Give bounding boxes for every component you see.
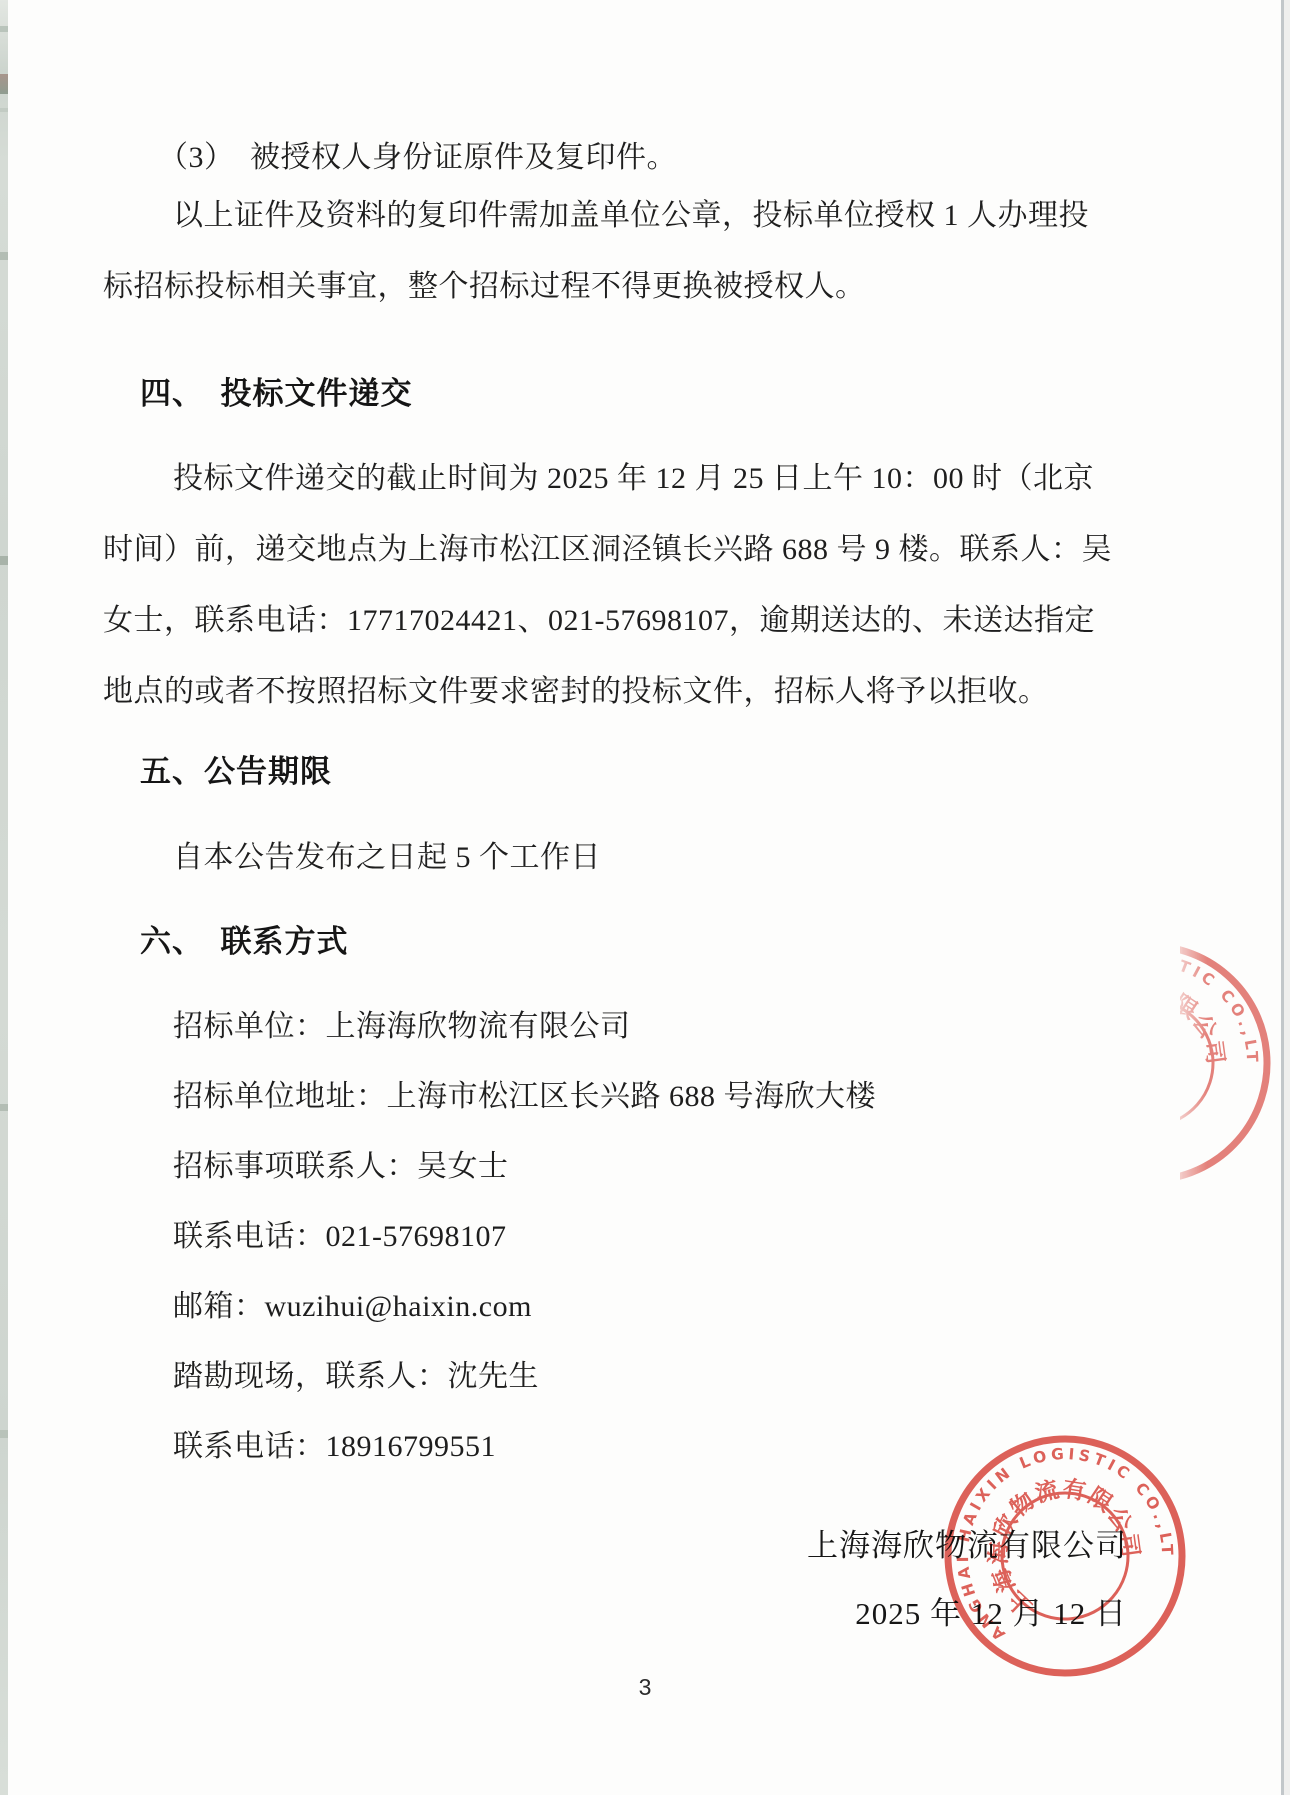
paragraph-line: 投标文件递交的截止时间为 2025 年 12 月 25 日上午 10：00 时（… <box>173 443 1163 514</box>
section-6-heading: 六、 联系方式 <box>140 922 349 962</box>
contact-tender-unit: 招标单位：上海海欣物流有限公司 <box>173 992 876 1062</box>
paragraph-authorization: 以上证件及资料的复印件需加盖单位公章，投标单位授权 1 人办理投 标招标投标相关… <box>103 180 1163 322</box>
paragraph-line: 女士，联系电话：17717024421、021-57698107，逾期送达的、未… <box>103 585 1163 656</box>
contact-site-visit-person: 踏勘现场，联系人：沈先生 <box>173 1342 876 1412</box>
paragraph-line: 以上证件及资料的复印件需加盖单位公章，投标单位授权 1 人办理投 <box>173 180 1163 251</box>
scan-artifact <box>0 26 8 32</box>
scan-artifact <box>0 74 8 94</box>
contact-tender-person: 招标事项联系人：吴女士 <box>173 1132 876 1202</box>
seal-outer-ring <box>1020 933 1280 1193</box>
announcement-period-line: 自本公告发布之日起 5 个工作日 <box>173 840 601 876</box>
section-5-heading: 五、公告期限 <box>140 752 332 792</box>
seal-graphic: SHANGHAI HAIXIN LOGISTIC CO.,LTD. 上海海欣物流… <box>1020 933 1280 1193</box>
paragraph-line: 地点的或者不按照招标文件要求密封的投标文件，招标人将予以拒收。 <box>103 656 1163 727</box>
scan-artifact <box>0 1430 8 1438</box>
company-seal-stamp: SHANGHAI HAIXIN LOGISTIC CO.,LTD. 上海海欣物流… <box>935 1426 1195 1686</box>
seal-outer-ring <box>935 1426 1195 1686</box>
scan-artifact <box>0 556 8 565</box>
contact-list: 招标单位：上海海欣物流有限公司 招标单位地址：上海市松江区长兴路 688 号海欣… <box>173 992 876 1482</box>
scan-edge-line-right <box>1281 0 1284 1795</box>
clause-3-line: （3） 被授权人身份证原件及复印件。 <box>158 140 677 176</box>
seal-graphic: SHANGHAI HAIXIN LOGISTIC CO.,LTD. 上海海欣物流… <box>935 1426 1195 1686</box>
scan-artifact <box>0 1104 8 1111</box>
scan-artifact <box>0 108 8 112</box>
seal-english-text: SHANGHAI HAIXIN LOGISTIC CO.,LTD. <box>1020 933 1273 1173</box>
contact-tender-address: 招标单位地址：上海市松江区长兴路 688 号海欣大楼 <box>173 1062 876 1132</box>
scanned-document-page: （3） 被授权人身份证原件及复印件。 以上证件及资料的复印件需加盖单位公章，投标… <box>0 0 1290 1795</box>
paragraph-submission: 投标文件递交的截止时间为 2025 年 12 月 25 日上午 10：00 时（… <box>103 443 1163 727</box>
paragraph-line: 时间）前，递交地点为上海市松江区洞泾镇长兴路 688 号 9 楼。联系人：吴 <box>103 514 1163 585</box>
scan-artifact <box>0 252 8 260</box>
company-seal-stamp-partial: SHANGHAI HAIXIN LOGISTIC CO.,LTD. 上海海欣物流… <box>1020 933 1280 1193</box>
paragraph-line: 标招标投标相关事宜，整个招标过程不得更换被授权人。 <box>103 251 1163 322</box>
contact-phone-office: 联系电话：021-57698107 <box>173 1202 876 1272</box>
scan-edge-strip-left <box>0 0 8 1795</box>
contact-email: 邮箱：wuzihui@haixin.com <box>173 1272 876 1342</box>
contact-phone-mobile: 联系电话：18916799551 <box>173 1412 876 1482</box>
scan-edge-margin-right <box>1284 0 1290 1795</box>
section-4-heading: 四、 投标文件递交 <box>140 374 413 414</box>
